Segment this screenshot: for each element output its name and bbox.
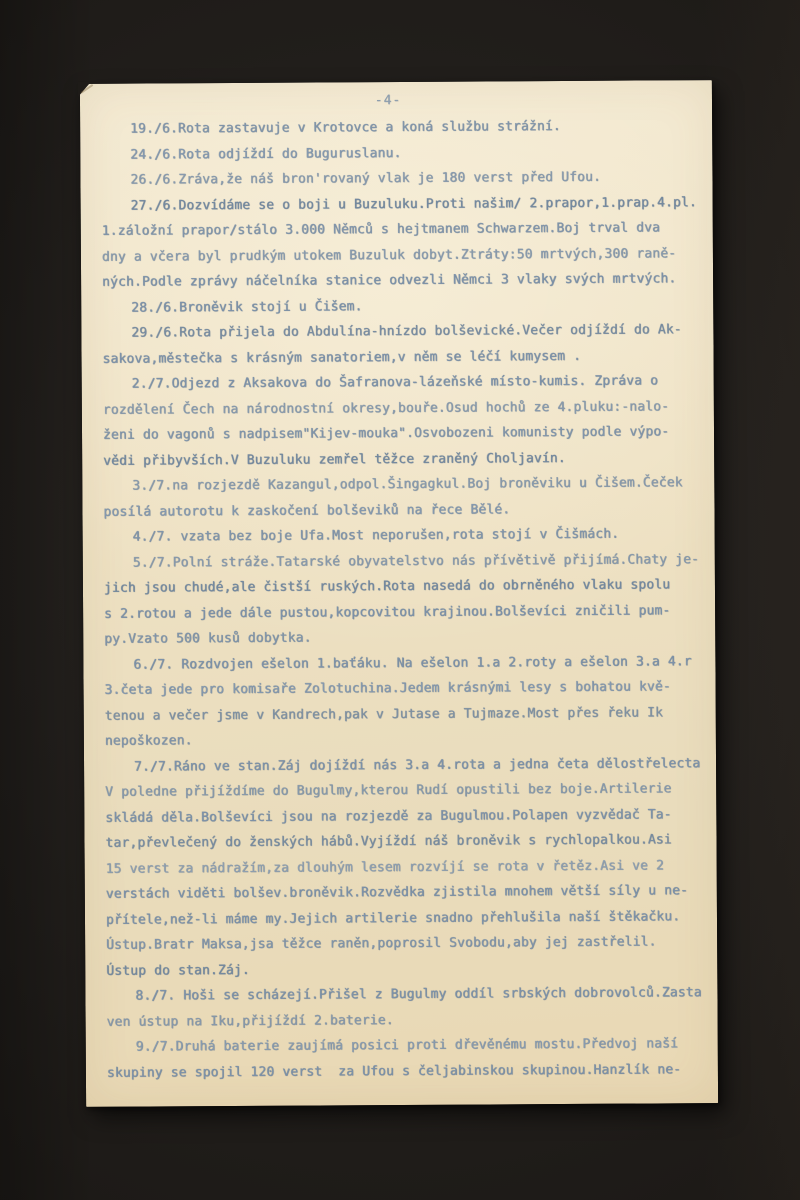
text-line: 24./6.Rota odjíždí do Buguruslanu. <box>101 139 697 168</box>
text-line: skládá děla.Bolševíci jsou na rozjezdě z… <box>105 802 701 831</box>
text-line: 28./6.Broněvik stojí u Čišem. <box>102 292 698 321</box>
text-line: tenou a večer jsme v Kandrech,pak v Juta… <box>105 700 701 729</box>
document-page: -4- 19./6.Rota zastavuje v Krotovce a ko… <box>80 80 718 1107</box>
text-line: ven ústup na Iku,přijíždí 2.baterie. <box>107 1006 703 1035</box>
text-line: 3.četa jede pro komisaře Zolotuchina.Jed… <box>105 674 701 703</box>
text-line: 9./7.Druhá baterie zaujímá posici proti … <box>107 1031 703 1060</box>
text-line: 6./7. Rozdvojen ešelon 1.baťáku. Na ešel… <box>104 649 700 678</box>
text-line: 26./6.Zráva,že náš bron'rovaný vlak je 1… <box>101 164 697 193</box>
text-line: přítele,než-li máme my.Jejich artilerie … <box>106 904 702 933</box>
text-line: dny a včera byl prudkým utokem Buzuluk d… <box>102 241 698 270</box>
text-line: 4./7. vzata bez boje Ufa.Most neporušen,… <box>104 521 700 550</box>
text-line: Ústup do stan.Záj. <box>106 955 702 984</box>
document-text: 19./6.Rota zastavuje v Krotovce a koná s… <box>101 113 703 1086</box>
text-line: skupiny se spojil 120 verst za Ufou s če… <box>107 1057 703 1086</box>
text-line: 29./6.Rota přijela do Abdulína-hnízdo bo… <box>102 317 698 346</box>
text-line: nepoškozen. <box>105 725 701 754</box>
text-line: 15 verst za nádražím,za dlouhým lesem ro… <box>106 853 702 882</box>
photo-background: -4- 19./6.Rota zastavuje v Krotovce a ko… <box>0 0 800 1200</box>
text-line: vědi přibyvších.V Buzuluku zemřel těžce … <box>103 445 699 474</box>
text-line: 3./7.na rozjezdě Kazangul,odpol.Šingagku… <box>103 470 699 499</box>
text-line: Ústup.Bratr Maksa,jsa těžce raněn,popros… <box>106 929 702 958</box>
text-line: ných.Podle zprávy náčelníka stanice odve… <box>102 266 698 295</box>
text-line: jich jsou chudé,ale čistší ruských.Rota … <box>104 572 700 601</box>
text-line: tar,převlečený do ženských hábů.Vyjíždí … <box>105 827 701 856</box>
text-line: 1.záložní prapor/stálo 3.000 Němců s hej… <box>102 215 698 244</box>
text-line: posílá autorotu k zaskočení bolševiků na… <box>103 496 699 525</box>
text-line: py.Vzato 500 kusů dobytka. <box>104 623 700 652</box>
text-line: s 2.rotou a jede dále pustou,kopcovitou … <box>104 598 700 627</box>
text-line: 19./6.Rota zastavuje v Krotovce a koná s… <box>101 113 697 142</box>
text-line: 27./6.Dozvídáme se o boji u Buzuluku.Pro… <box>102 190 698 219</box>
page-number: -4- <box>72 91 704 110</box>
text-line: verstách viděti bolšev.broněvik.Rozvědka… <box>106 878 702 907</box>
text-line: 8./7. Hoši se scházejí.Přišel z Bugulmy … <box>106 980 702 1009</box>
text-line: 2./7.Odjezd z Aksakova do Šafranova-láze… <box>103 368 699 397</box>
text-line: V poledne přijíždíme do Bugulmy,kterou R… <box>105 776 701 805</box>
text-line: ženi do vagonů s nadpisem"Kijev-mouka".O… <box>103 419 699 448</box>
text-line: rozdělení Čech na národnostní okresy,bou… <box>103 394 699 423</box>
text-line: 7./7.Ráno ve stan.Záj dojíždí nás 3.a 4.… <box>105 751 701 780</box>
text-line: sakova,městečka s krásným sanatoriem,v n… <box>102 343 698 372</box>
text-line: 5./7.Polní stráže.Tatarské obyvatelstvo … <box>104 547 700 576</box>
